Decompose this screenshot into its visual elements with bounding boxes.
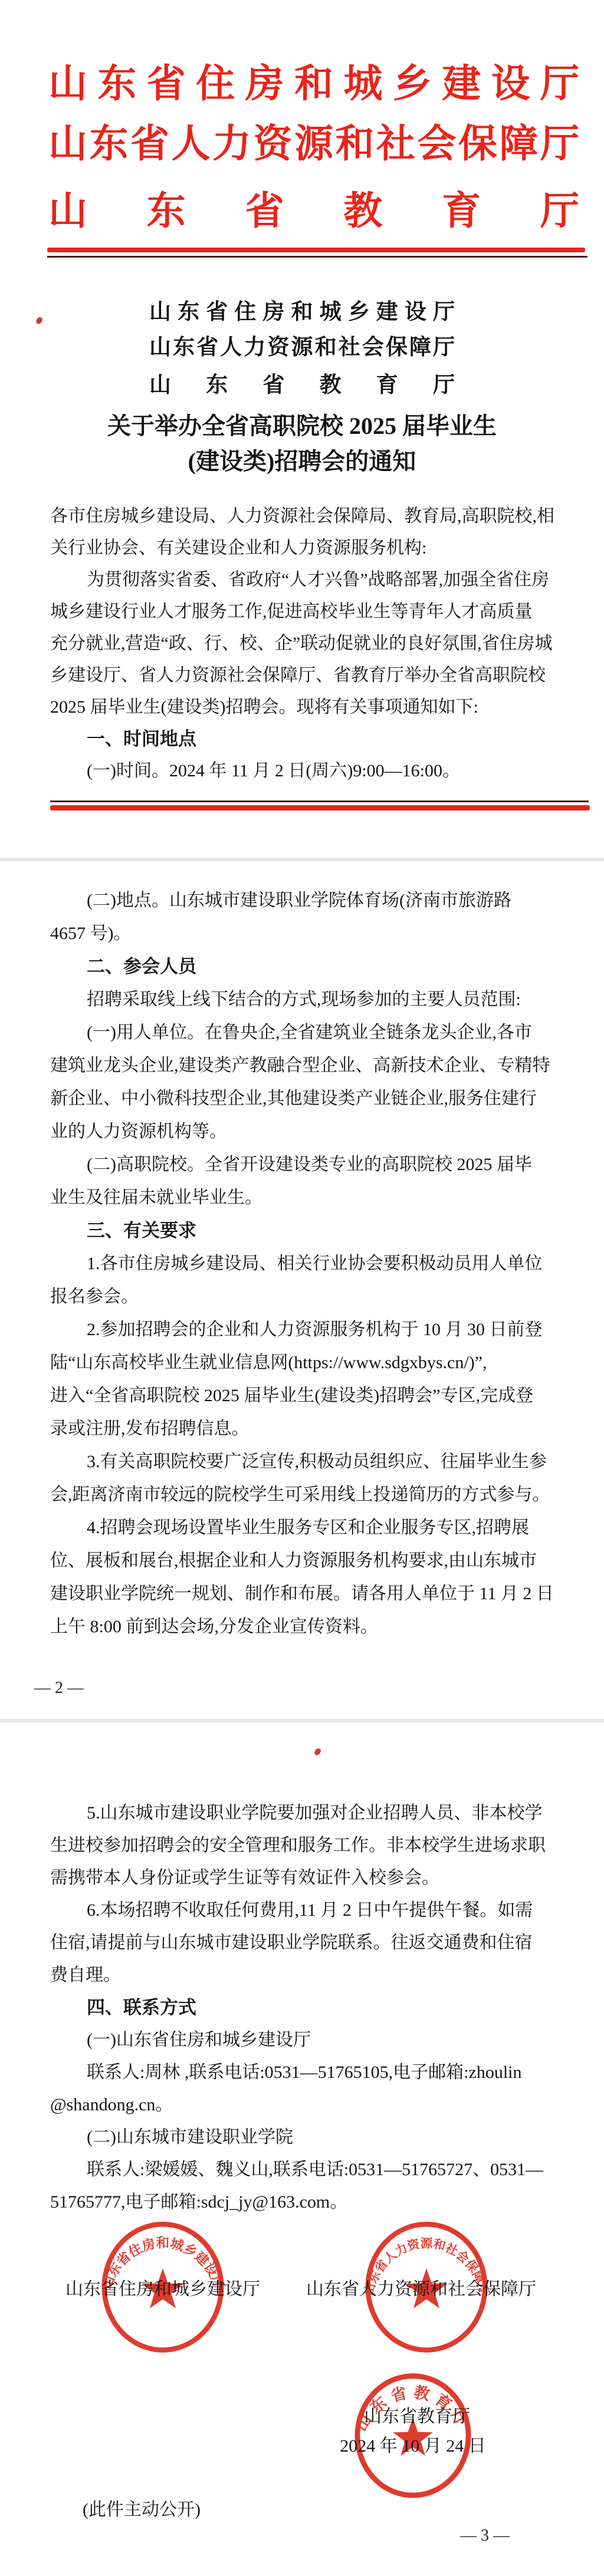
department-name-line: 山东省人力资源和社会保障厅 (149, 334, 455, 360)
page-number-3: — 3 — (460, 2523, 554, 2549)
body-line: 位、展板和展台,根据企业和人力资源服务机构要求,由山东城市 (50, 1548, 590, 1574)
body-line: 2.参加招聘会的企业和人力资源服务机构于 10 月 30 日前登 (50, 1317, 604, 1343)
body-line: 上午 8:00 前到达会场,分发企业宣传资料。 (50, 1614, 590, 1640)
body-line: (二)地点。山东城市建设职业学院体育场(济南市旅游路 (50, 888, 604, 914)
body-line: 2025 届毕业生(建设类)招聘会。现将有关事项通知如下: (50, 694, 590, 720)
document-title-line: (建设类)招聘会的通知 (0, 447, 604, 476)
red-header-line: 山东省住房和城乡建设厅 (48, 54, 579, 115)
red-header-line: 山东省人力资源和社会保障厅 (48, 114, 579, 175)
footer-rule-thin (50, 801, 589, 802)
body-line: 录或注册,发布招聘信息。 (50, 1416, 590, 1442)
body-line: 招聘采取线上线下结合的方式,现场参加的主要人员范围: (50, 987, 604, 1013)
body-line: 生进校参加招聘会的安全管理和服务工作。非本校学生进场求职 (50, 1833, 590, 1859)
document-date: 2024 年 10 月 24 日 (319, 2433, 507, 2459)
ink-speck (314, 1748, 322, 1757)
body-line: 乡建设厅、省人力资源社会保障厅、省教育厅举办全省高职院校 (50, 663, 590, 689)
page-divider (0, 858, 604, 861)
header-rule-thin (47, 256, 587, 258)
body-line: 各市住房城乡建设局、人力资源社会保障局、教育局,高职院校,相 (50, 503, 590, 529)
body-line: (二)高职院校。全省开设建设类专业的高职院校 2025 届毕 (50, 1152, 604, 1178)
department-name-line: 山东省教育厅 (149, 372, 455, 398)
ink-speck (35, 317, 44, 325)
publicity-note: (此件主动公开) (83, 2497, 330, 2523)
page-number-2: — 2 — (34, 1675, 164, 1701)
page-divider (0, 1719, 604, 1722)
body-line: 进入“全省高职院校 2025 届毕业生(建设类)招聘会”专区,完成登 (50, 1383, 590, 1409)
body-line: @shandong.cn。 (50, 2092, 590, 2118)
scanned-document: — 2 — — 3 — 山东省住房和城乡建设厅 山东省人力资源和社会保障厅 山东… (0, 0, 604, 2576)
body-line: 住宿,请提前与山东城市建设职业学院联系。往返交通费和住宿 (50, 1930, 590, 1956)
body-line: 陆“山东高校毕业生就业信息网(https://www.sdgxbys.cn/)”… (50, 1350, 590, 1376)
footer-rule-thick (50, 805, 590, 811)
body-line: 3.有关高职院校要广泛宣传,积极动员组织应、往届毕业生参 (50, 1449, 604, 1475)
body-line: 新企业、中小微科技型企业,其他建设类产业链企业,服务住建行 (50, 1086, 590, 1112)
body-line: (一)用人单位。在鲁央企,全省建筑业全链条龙头企业,各市 (50, 1020, 604, 1046)
signature-education-dept: 山东省教育厅 (329, 2404, 505, 2430)
body-line: 需携带本人身份证或学生证等有效证件入校参会。 (50, 1865, 590, 1891)
body-line: 联系人:梁媛媛、魏义山,联系电话:0531—51765727、0531— (50, 2157, 604, 2183)
body-line: 建设职业学院统一规划、制作和布展。请各用人单位于 11 月 2 日 (50, 1581, 590, 1607)
body-line: 5.山东城市建设职业学院要加强对企业招聘人员、非本校学 (50, 1800, 604, 1826)
body-line: 4657 号)。 (50, 921, 590, 947)
body-line: 关行业协会、有关建设企业和人力资源服务机构: (50, 535, 590, 561)
body-line: (二)山东城市建设职业学院 (50, 2124, 604, 2150)
body-line: 报名参会。 (50, 1284, 590, 1310)
body-line: 建筑业龙头企业,建设类产教融合型企业、高新技术企业、专精特 (50, 1053, 590, 1079)
section-heading: 一、时间地点 (50, 726, 604, 752)
section-heading: 三、有关要求 (50, 1218, 604, 1244)
header-rule-thick (47, 248, 585, 252)
body-line: 业生及往届未就业毕业生。 (50, 1185, 590, 1211)
body-line: 会,距离济南市较远的院校学生可采用线上投递简历的方式参与。 (50, 1482, 590, 1508)
body-line: 费自理。 (50, 1962, 590, 1988)
body-line: 联系人:周林 ,联系电话:0531—51765105,电子邮箱:zhoulin (50, 2060, 604, 2086)
section-heading: 四、联系方式 (50, 1995, 604, 2021)
body-line: 6.本场招聘不收取任何费用,11 月 2 日中午提供午餐。如需 (50, 1898, 604, 1923)
section-heading: 二、参会人员 (50, 954, 604, 980)
red-header-line: 山东省教育厅 (48, 181, 579, 242)
body-line: 业的人力资源机构等。 (50, 1119, 590, 1145)
body-line: 1.各市住房城乡建设局、相关行业协会要积极动员用人单位 (50, 1251, 604, 1277)
body-line: 城乡建设行业人才服务工作,促进高校毕业生等青年人才高质量 (50, 599, 590, 625)
body-line: (一)山东省住房和城乡建设厅 (50, 2027, 604, 2053)
document-title-line: 关于举办全省高职院校 2025 届毕业生 (0, 412, 604, 440)
body-line: 51765777,电子邮箱:sdcj_jy@163.com。 (50, 2189, 590, 2215)
department-name-line: 山东省住房和城乡建设厅 (149, 299, 455, 325)
body-line: 4.招聘会现场设置毕业生服务专区和企业服务专区,招聘展 (50, 1515, 604, 1541)
body-line: 充分就业,营造“政、行、校、企”联动促就业的良好氛围,省住房城 (50, 631, 590, 657)
signature-housing-dept: 山东省住房和城乡建设厅 (63, 2277, 263, 2302)
body-line: (一)时间。2024 年 11 月 2 日(周六)9:00—16:00。 (50, 758, 604, 784)
signature-hr-dept: 山东省人力资源和社会保障厅 (303, 2277, 539, 2302)
body-line: 为贯彻落实省委、省政府“人才兴鲁”战略部署,加强全省住房 (50, 567, 604, 593)
